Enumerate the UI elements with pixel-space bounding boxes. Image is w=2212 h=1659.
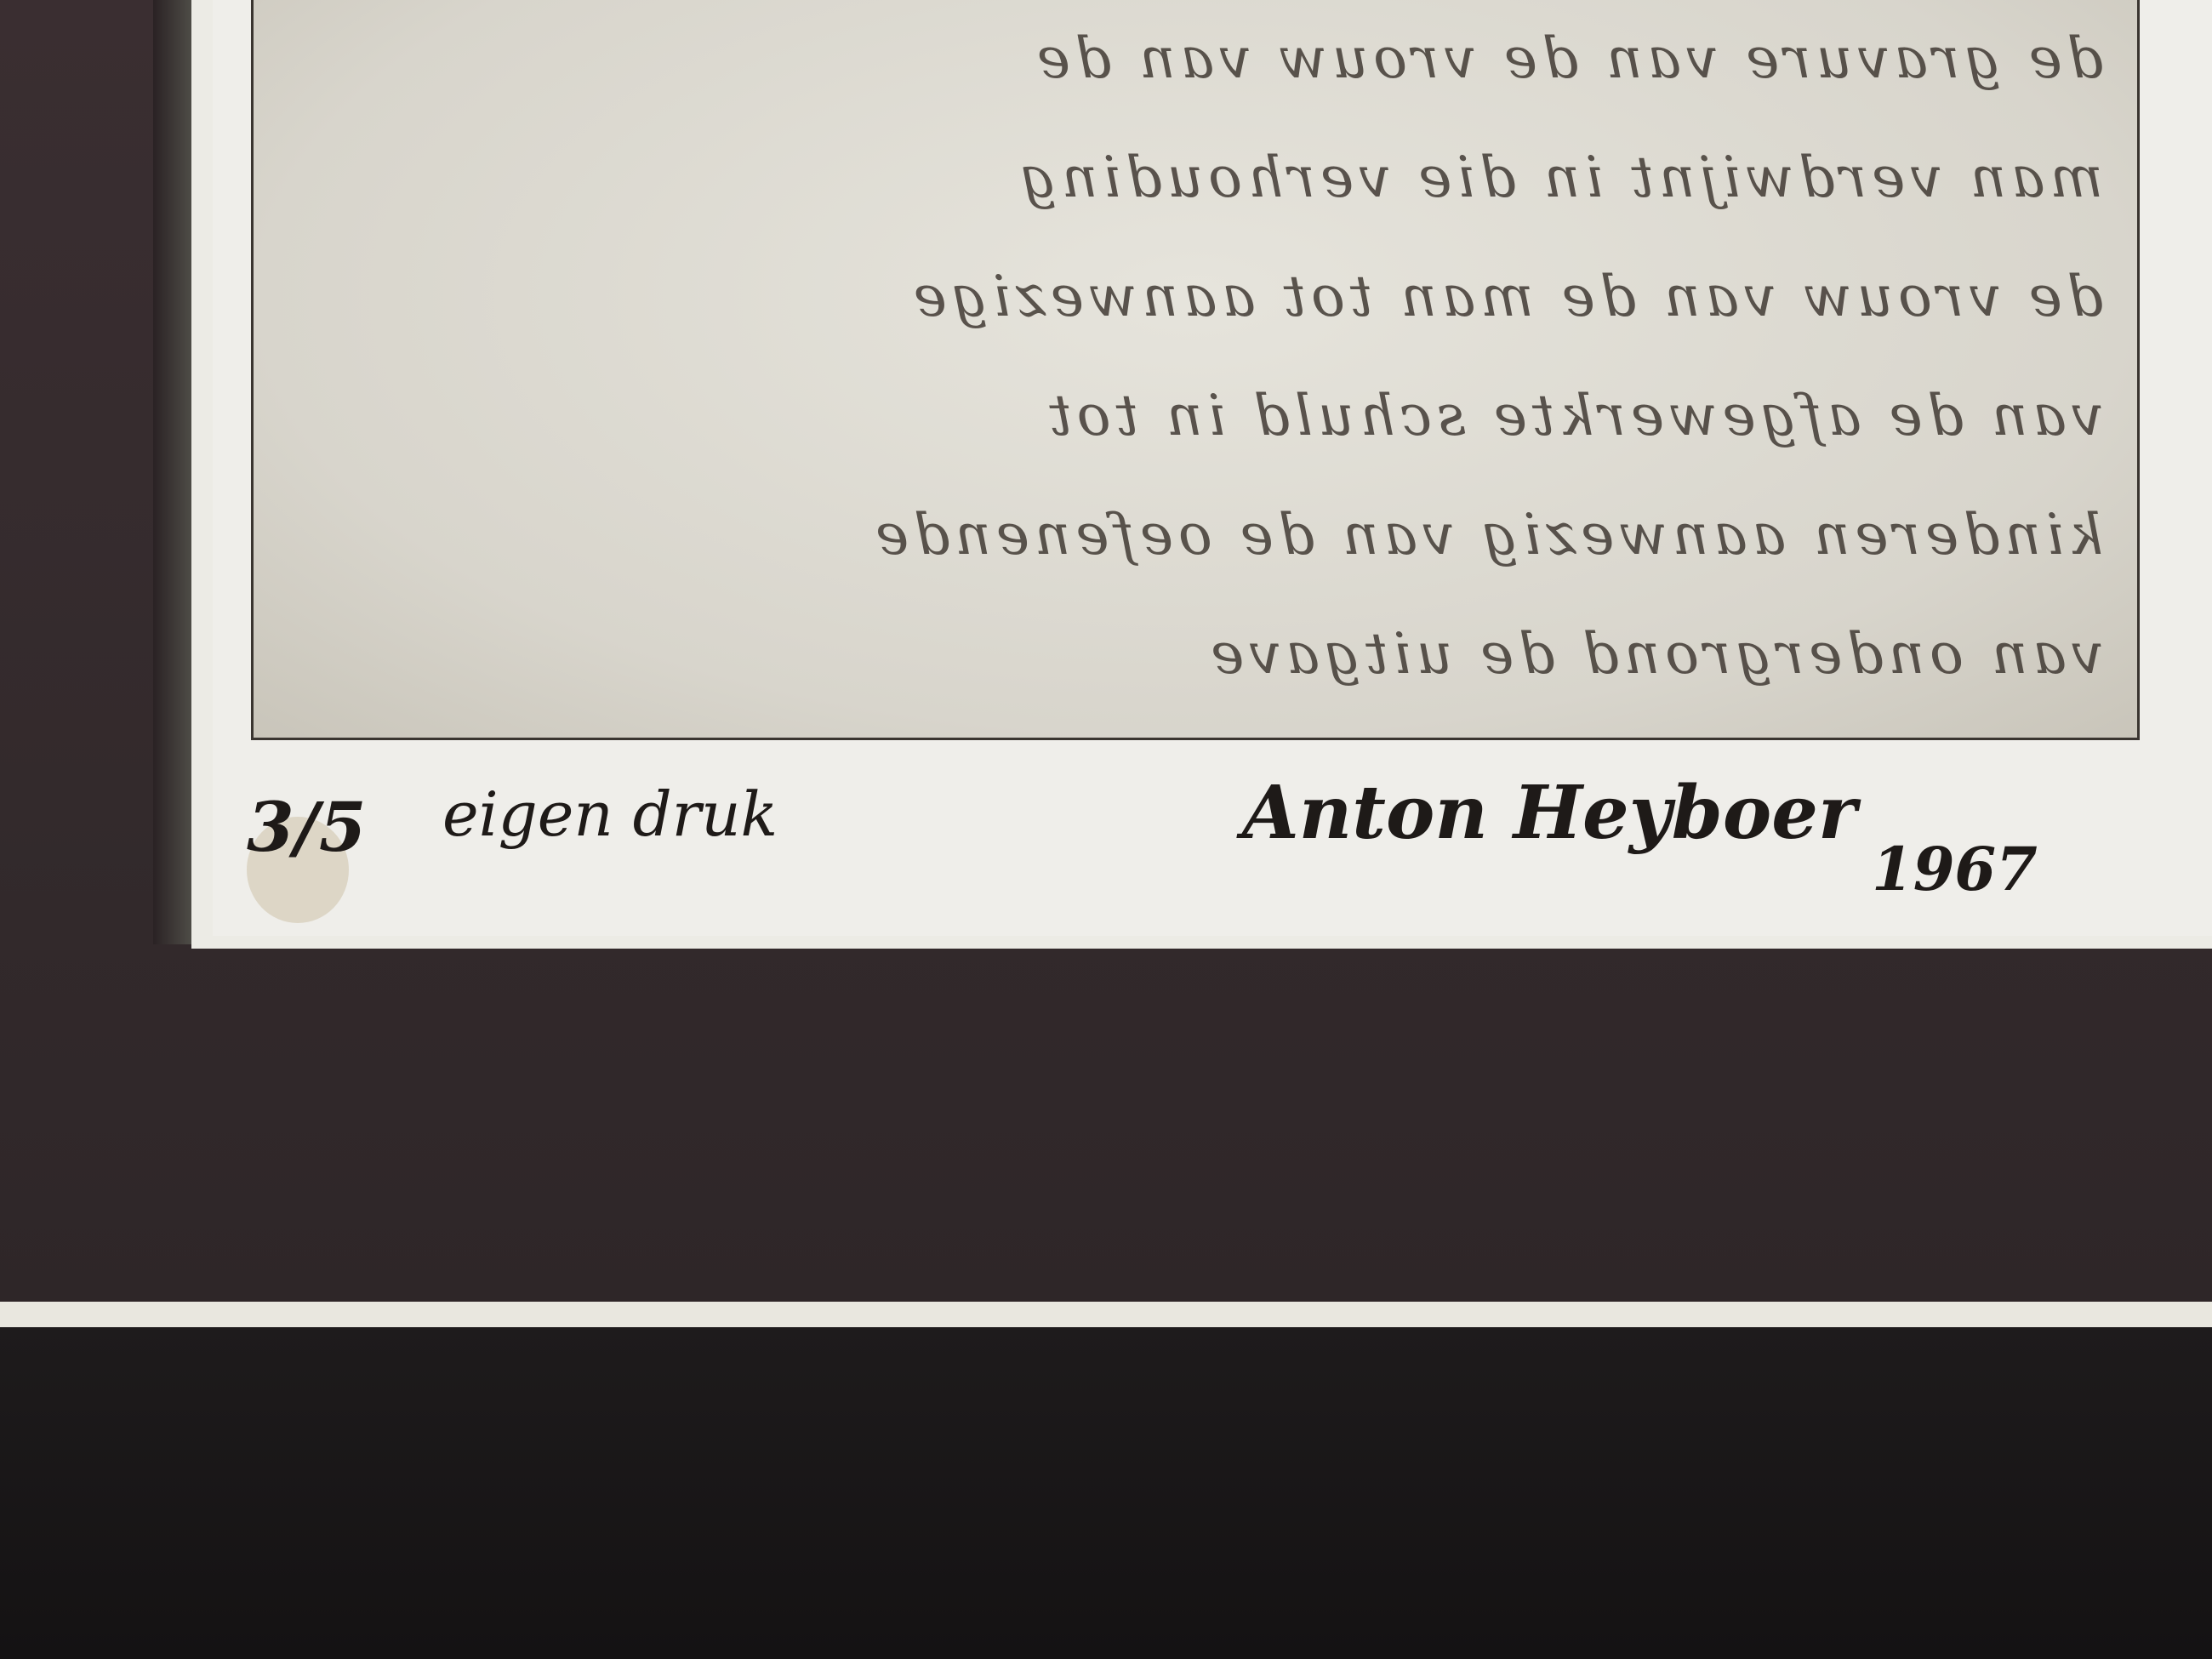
etched-line: van ondergrond de uitgave [305,621,2103,687]
edition-number: 3/5 [247,787,367,867]
etched-line: man verdwijnt in die verhouding [305,145,2103,210]
mat-edge [0,1302,2212,1327]
etching-plate: de gravure van de vrouw van de man verdw… [251,0,2140,740]
frame-bottom [0,1327,2212,1659]
etched-line: de gravure van de vrouw van de [305,26,2103,91]
artist-signature: Anton Heyboer [1242,770,1856,856]
print-annotation: eigen druk [442,778,778,850]
etched-line: kinderen aanwezig van de oefenende [305,502,2103,567]
etched-line: van de afgewerkte schuld in tot [305,383,2103,448]
signature-year: 1967 [1872,834,2038,904]
etched-line: de vrouw van de man tot aanwezige [305,264,2103,329]
